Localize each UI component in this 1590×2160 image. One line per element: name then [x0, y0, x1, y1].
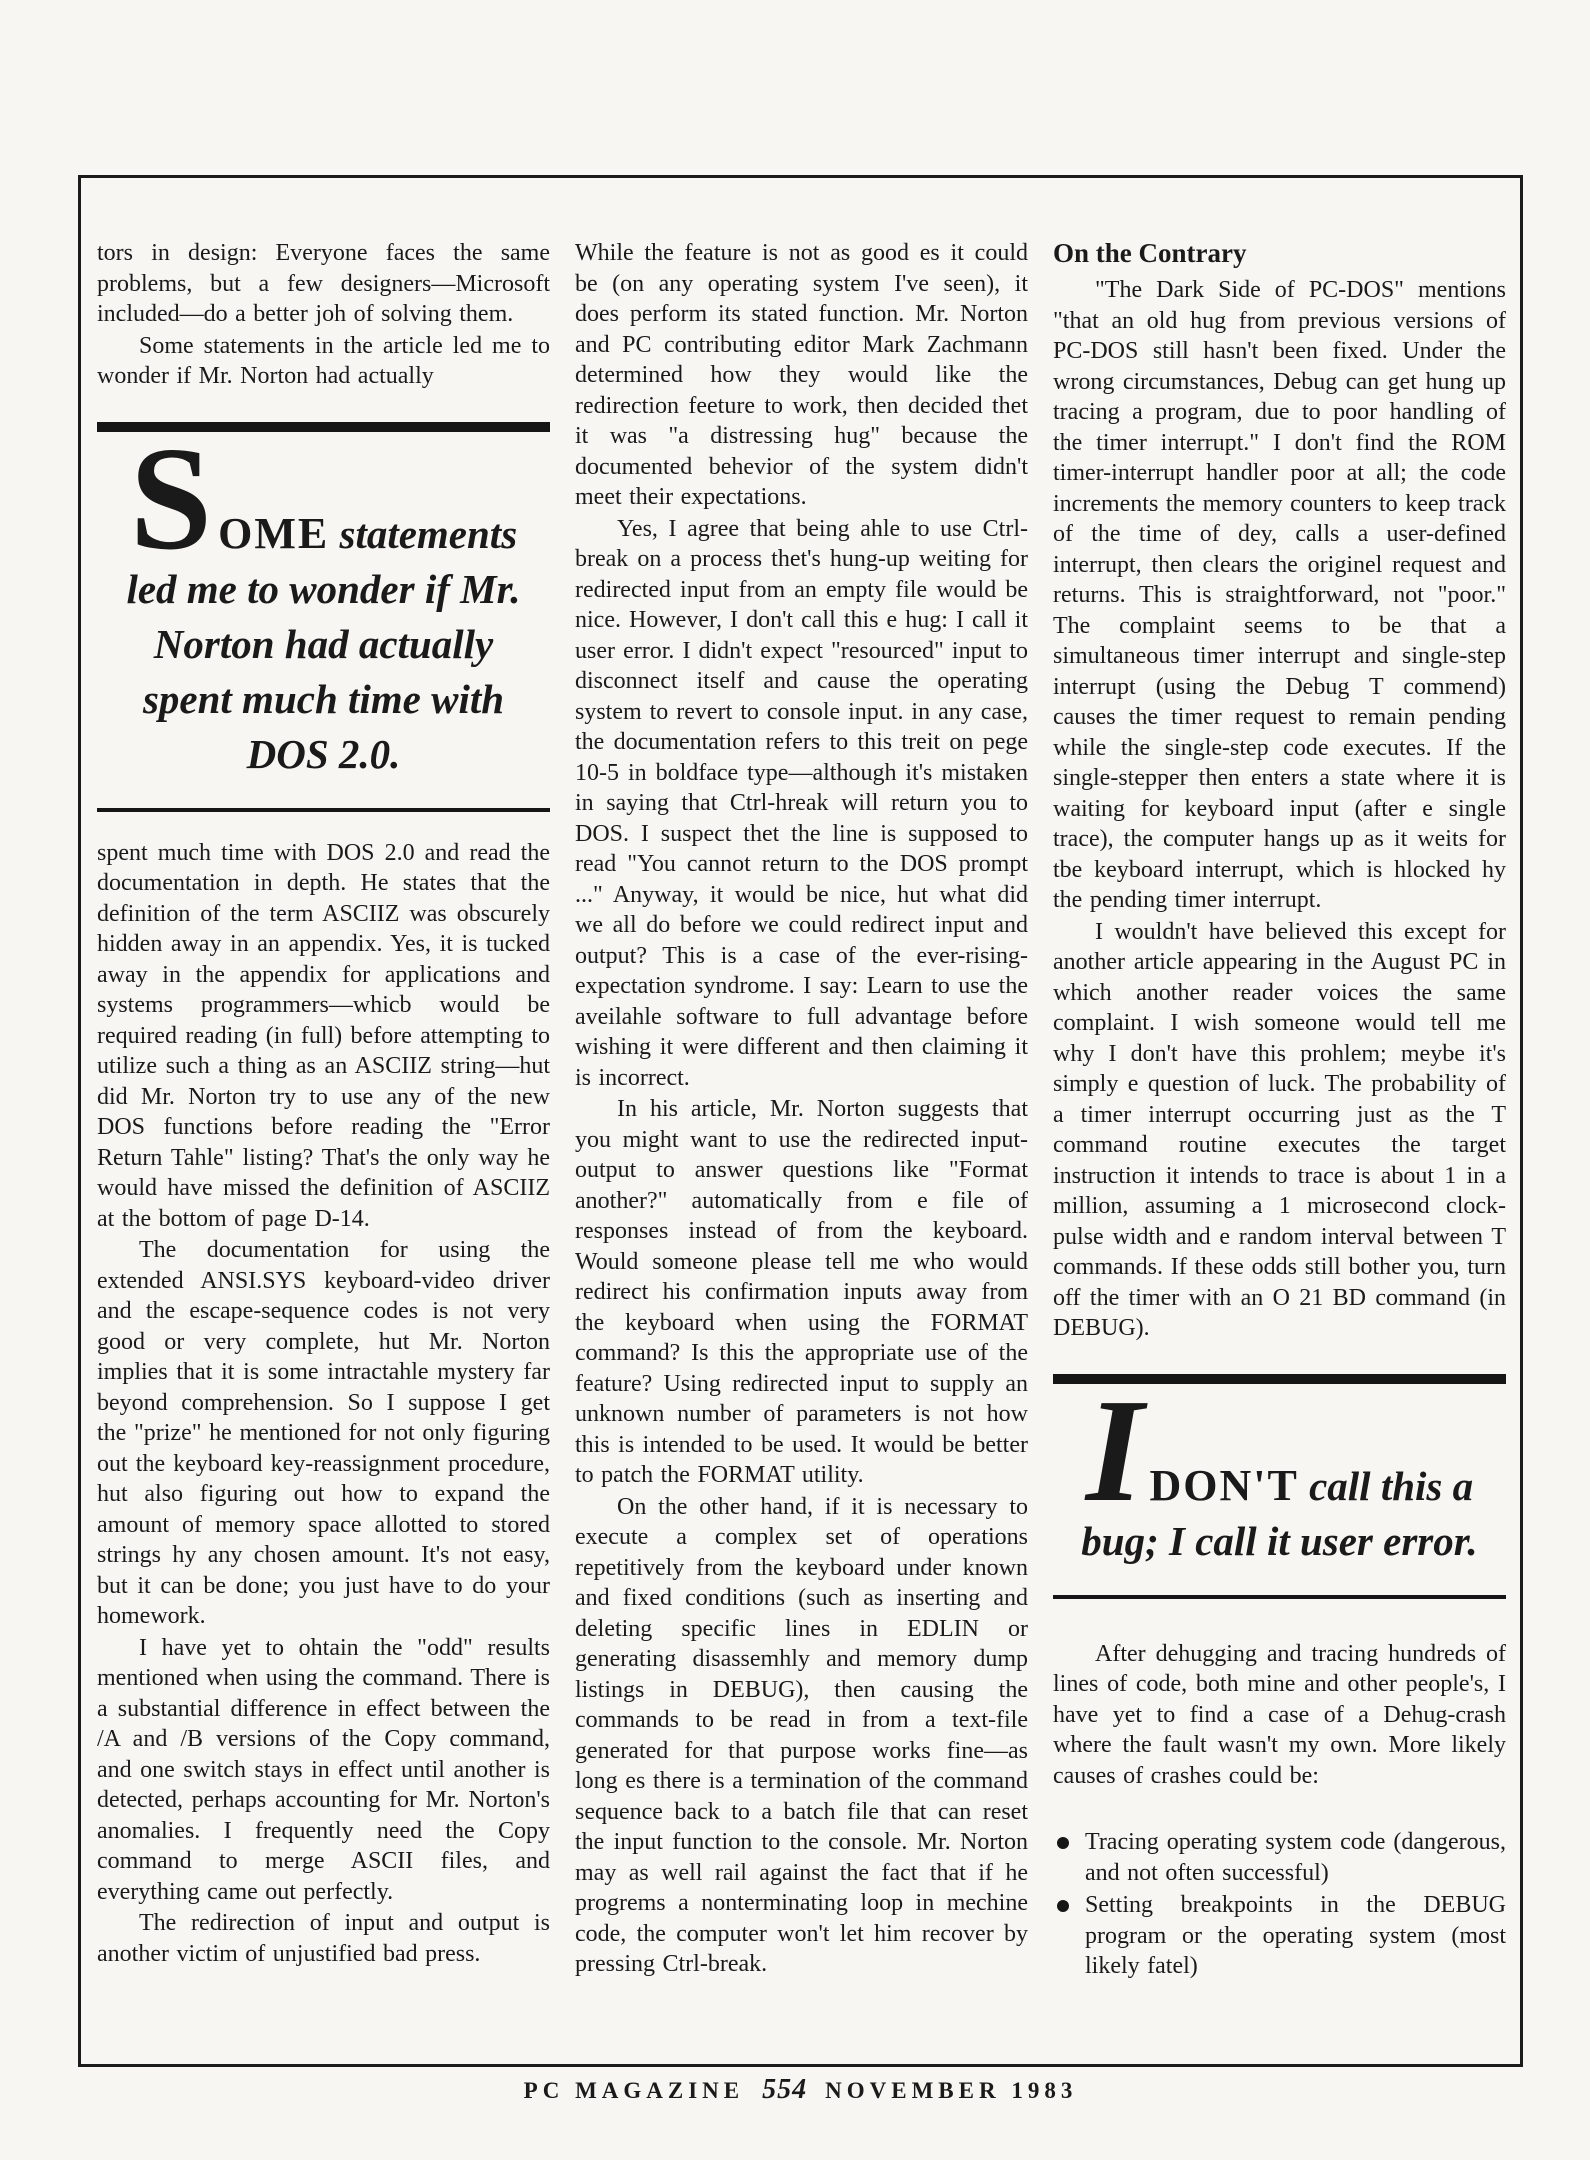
paragraph: Yes, I agree that being ahle to use Ctrl… [575, 514, 1028, 1094]
bullet-dot-icon [1057, 1900, 1069, 1912]
paragraph: While the feature is not as good es it c… [575, 238, 1028, 513]
column-left: tors in design: Everyone faces the same … [97, 238, 550, 2058]
paragraph: I have yet to ohtain the "odd" results m… [97, 1633, 550, 1908]
footer-page-number: 554 [762, 2074, 807, 2105]
footer-issue-date: NOVEMBER 1983 [825, 2078, 1077, 2103]
column-right: On the Contrary "The Dark Side of PC-DOS… [1053, 238, 1506, 2058]
bullet-item: Tracing operating system code (dangerous… [1053, 1827, 1506, 1888]
paragraph: The documentation for using the extended… [97, 1235, 550, 1632]
bullet-text: Tracing operating system code (dangerous… [1085, 1827, 1506, 1888]
page-footer: PC MAGAZINE 554 NOVEMBER 1983 [78, 2074, 1523, 2106]
pull-quote-dont: IDON'T call this a bug; I call it user e… [1053, 1374, 1506, 1599]
quote-lead-caps: OME [218, 509, 329, 558]
magazine-page: { "columns": { "left": { "p1": "tors in … [0, 0, 1590, 2160]
bullet-text: Setting breakpoints in the DEBUG program… [1085, 1890, 1506, 1982]
pull-quote-bottom-rule [1053, 1595, 1506, 1599]
column-middle: While the feature is not as good es it c… [575, 238, 1028, 2058]
pull-quote-some: SOME statements led me to wonder if Mr. … [97, 422, 550, 812]
column-layout: tors in design: Everyone faces the same … [81, 178, 1520, 2058]
section-heading: On the Contrary [1053, 238, 1506, 269]
pull-quote-bottom-rule [97, 808, 550, 812]
page-border-frame: tors in design: Everyone faces the same … [78, 175, 1523, 2067]
footer-magazine-name: PC MAGAZINE [524, 2078, 744, 2103]
paragraph: The redirection of input and output is a… [97, 1908, 550, 1969]
paragraph: Some statements in the article led me to… [97, 331, 550, 392]
bullet-list: Tracing operating system code (dangerous… [1053, 1827, 1506, 1982]
pull-quote-text: IDON'T call this a bug; I call it user e… [1053, 1406, 1506, 1569]
paragraph: "The Dark Side of PC-DOS" mentions "that… [1053, 275, 1506, 916]
pull-quote-text: SOME statements led me to wonder if Mr. … [97, 454, 550, 782]
paragraph: I wouldn't have believed this except for… [1053, 917, 1506, 1344]
paragraph: spent much time with DOS 2.0 and read th… [97, 838, 550, 1235]
bullet-dot-icon [1057, 1837, 1069, 1849]
drop-cap: S [130, 417, 214, 581]
quote-lead-caps: DON'T [1149, 1461, 1298, 1510]
drop-cap: I [1086, 1369, 1146, 1533]
paragraph: tors in design: Everyone faces the same … [97, 238, 550, 330]
paragraph: On the other hand, if it is necessary to… [575, 1492, 1028, 1980]
paragraph: In his article, Mr. Norton suggests that… [575, 1094, 1028, 1491]
bullet-item: Setting breakpoints in the DEBUG program… [1053, 1890, 1506, 1982]
paragraph: After dehugging and tracing hundreds of … [1053, 1639, 1506, 1792]
